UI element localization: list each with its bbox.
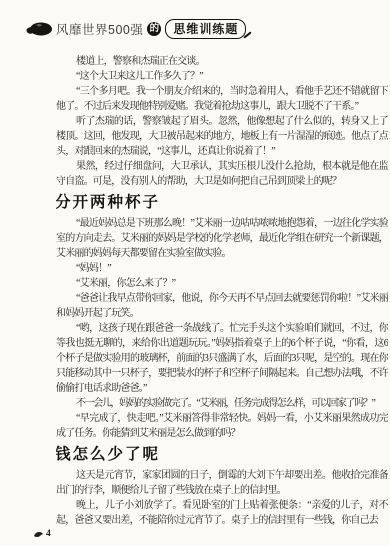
body-paragraph: 楼道上，警察和杰瑞正在交谈。 (56, 54, 388, 69)
brain-cloud-icon (26, 21, 53, 37)
body-paragraph: “三个多月吧。我一个朋友介绍来的，当时急着用人，看他手艺还不错就留下他了。不过后… (56, 84, 388, 114)
body-paragraph: 这天是元宵节，家家团圆的日子，倒霉的大刘下午却要出差。他收拾完准备出门的行李，顺… (56, 468, 388, 498)
body-paragraph: 不一会儿，妈妈的实验做完了。“艾米丽，任务完成得怎么样，可以回家了吗？” (56, 396, 388, 411)
page-content: 楼道上，警察和杰瑞正在交谈。 “这个大卫来这儿工作多久了？” “三个多月吧。我一… (56, 54, 388, 532)
body-paragraph: “最近妈妈总是下班那么晚！”艾米丽一边咕咕哝哝地抱怨着，一边往化学实验室的方向走… (56, 216, 388, 261)
body-paragraph: “爸爸让我早点带你回家，他说，你今天再不早点回去就要惩罚你啦！”艾米丽和妈妈开起… (56, 291, 388, 321)
page-header: 风靡世界500强 的 思维训练题 (26, 19, 246, 39)
section-heading-money: 钱怎么少了呢 (56, 446, 388, 464)
page-footer: 4 (33, 529, 51, 539)
body-paragraph: “早完成了，快走吧。”艾米丽答得非常轻快。妈妈一看，小艾米丽果然成功完成了任务。… (56, 411, 388, 441)
body-paragraph: “艾米丽，你怎么来了？” (56, 276, 388, 291)
header-book-title: 思维训练题 (165, 19, 246, 39)
body-paragraph: 晚上，儿子小刘放学了。看见卧室的门上贴着张便条：“亲爱的儿子，对不起，爸爸又要出… (56, 498, 388, 528)
page-marker-icon (33, 530, 44, 539)
body-paragraph: “妈妈！” (56, 261, 388, 276)
page-number: 4 (46, 529, 51, 539)
body-paragraph: “这个大卫来这儿工作多久了？” (56, 69, 388, 84)
header-de-badge: 的 (147, 22, 161, 36)
body-paragraph: “哟，这孩子现在跟爸爸一条战线了。忙完手头这个实验咱们就回，不过，你等我也挺无聊… (56, 321, 388, 396)
body-paragraph: 听了杰瑞的话，警察皱起了眉头。忽然，他像想起了什么似的，转身又上了楼顶。这回，他… (56, 114, 388, 159)
section-heading-cups: 分开两种杯子 (56, 194, 388, 212)
body-paragraph: 果然，经过仔细盘问，大卫承认，其实压根儿没什么抢劫，根本就是他在监守自盗。可是，… (56, 159, 388, 189)
header-series-title: 风靡世界500强 (56, 20, 143, 38)
book-page: 风靡世界500强 的 思维训练题 楼道上，警察和杰瑞正在交谈。 “这个大卫来这儿… (0, 0, 390, 546)
